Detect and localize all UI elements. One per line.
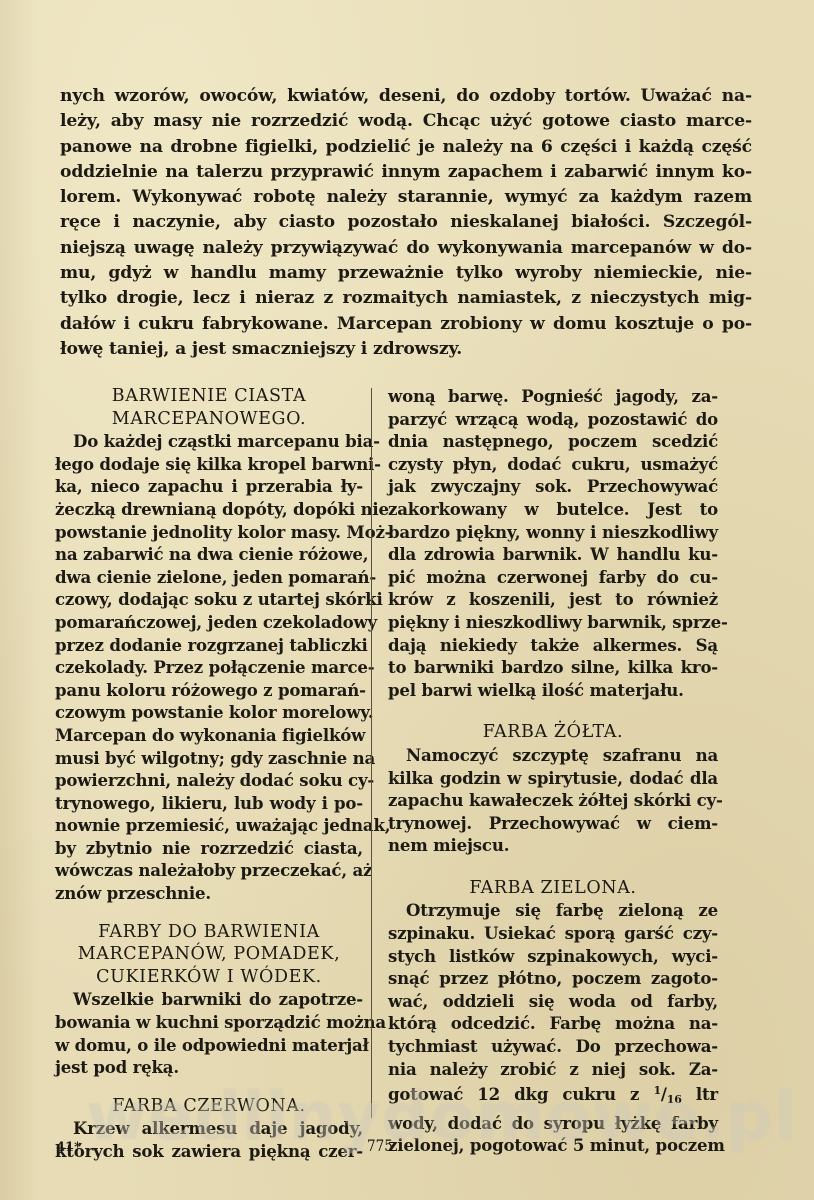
text-line: wać, oddzieli się woda od farby, <box>388 990 718 1013</box>
text-line: by zbytnio nie rozrzedzić ciasta, <box>55 837 363 860</box>
farba-czerwona-continuation: woną barwę. Pognieść jagody, za- parzyć … <box>388 385 718 701</box>
text-line: dla zdrowia barwnik. W handlu ku- <box>388 543 718 566</box>
text-line: to barwniki bardzo silne, kilka kro- <box>388 656 718 679</box>
text-line: w domu, o ile odpowiedni materjał <box>55 1034 363 1057</box>
text-line: krów z koszenili, jest to również <box>388 588 718 611</box>
text-line: których sok zawiera piękną czer- <box>55 1140 363 1163</box>
text-line: nem miejscu. <box>388 834 718 857</box>
text-line: Wszelkie barwniki do zapotrze- <box>55 988 363 1011</box>
text-line: stych listków szpinakowych, wyci- <box>388 945 718 968</box>
right-column: woną barwę. Pognieść jagody, za- parzyć … <box>388 385 718 1157</box>
text-fragment: ltr <box>682 1084 718 1104</box>
text-line: tylko drogie, lecz i nieraz z rozmaitych… <box>60 286 752 311</box>
text-line: Krzew alkermesu daje jagody, <box>55 1117 363 1140</box>
text-line: przez dodanie rozgrzanej tabliczki <box>55 634 363 657</box>
left-column: BARWIENIE CIASTA MARCEPANOWEGO. Do każde… <box>55 385 363 1163</box>
signature-mark: 41* <box>56 1140 81 1155</box>
text-line: niejszą uwagę należy przywiązywać do wyk… <box>60 236 752 261</box>
section-heading: FARBA CZERWONA. <box>55 1095 363 1118</box>
text-line: łowę taniej, a jest smaczniejszy i zdrow… <box>60 337 752 362</box>
fraction-denominator: 16 <box>667 1093 682 1106</box>
text-line: wody, dodać do syropu łyżkę farby <box>388 1112 718 1135</box>
text-line: wówczas należałoby przeczekać, aż <box>55 859 363 882</box>
section-heading: FARBA ŻÓŁTA. <box>388 721 718 744</box>
text-line: woną barwę. Pognieść jagody, za- <box>388 385 718 408</box>
text-line: ręce i naczynie, aby ciasto pozostało ni… <box>60 210 752 235</box>
text-line: Do każdej cząstki marcepanu bia- <box>55 430 363 453</box>
text-line: czysty płyn, dodać cukru, usmażyć <box>388 453 718 476</box>
section-farba-czerwona: FARBA CZERWONA. Krzew alkermesu daje jag… <box>55 1095 363 1163</box>
text-line: parzyć wrzącą wodą, pozostawić do <box>388 408 718 431</box>
text-line: czowym powstanie kolor morelowy. <box>55 701 363 724</box>
text-line: kilka godzin w spirytusie, dodać dla <box>388 767 718 790</box>
text-line: zapachu kawałeczek żółtej skórki cy- <box>388 789 718 812</box>
text-line: powierzchni, należy dodać soku cy- <box>55 769 363 792</box>
text-line: mu, gdyż w handlu mamy przeważnie tylko … <box>60 261 752 286</box>
text-line: łego dodaje się kilka kropel barwni- <box>55 453 363 476</box>
text-line: którą odcedzić. Farbę można na- <box>388 1012 718 1035</box>
text-line: dają niekiedy także alkermes. Są <box>388 634 718 657</box>
text-line: czowy, dodając soku z utartej skórki <box>55 588 363 611</box>
text-line: jak zwyczajny sok. Przechowywać <box>388 475 718 498</box>
text-line: zakorkowany w butelce. Jest to <box>388 498 718 521</box>
column-divider <box>371 388 372 1118</box>
section-heading: FARBA ZIELONA. <box>388 877 718 900</box>
section-barwienie-ciasta: BARWIENIE CIASTA MARCEPANOWEGO. Do każde… <box>55 385 363 905</box>
text-line: dwa cienie zielone, jeden pomarań- <box>55 566 363 589</box>
spacer <box>388 857 718 877</box>
text-line: nia należy zrobić z niej sok. Za- <box>388 1058 718 1081</box>
page-number: 775 <box>367 1136 393 1155</box>
text-line-fraction: gotować 12 dkg cukru z 1/16 ltr <box>388 1080 718 1112</box>
text-line: trynowej. Przechowywać w ciem- <box>388 812 718 835</box>
section-heading: FARBY DO BARWIENIA <box>55 921 363 944</box>
text-line: Namoczyć szczyptę szafranu na <box>388 744 718 767</box>
text-line: leży, aby masy nie rozrzedzić wodą. Chcą… <box>60 109 752 134</box>
section-farby-do-barwienia: FARBY DO BARWIENIA MARCEPANÓW, POMADEK, … <box>55 921 363 1079</box>
text-line: ka, nieco zapachu i przerabia ły- <box>55 475 363 498</box>
spacer <box>55 905 363 921</box>
text-line: szpinaku. Usiekać sporą garść czy- <box>388 922 718 945</box>
text-line: pomarańczowej, jeden czekoladowy <box>55 611 363 634</box>
text-line: oddzielnie na talerzu przyprawić innym z… <box>60 160 752 185</box>
text-line: piękny i nieszkodliwy barwnik, sprze- <box>388 611 718 634</box>
text-line: dnia następnego, poczem scedzić <box>388 430 718 453</box>
section-heading: MARCEPANÓW, POMADEK, <box>55 943 363 966</box>
text-line: nych wzorów, owoców, kwiatów, deseni, do… <box>60 84 752 109</box>
text-line: pić można czerwonej farby do cu- <box>388 566 718 589</box>
fraction-numerator: 1 <box>653 1084 660 1097</box>
text-line: snąć przez płótno, poczem zagoto- <box>388 967 718 990</box>
text-line: powstanie jednolity kolor masy. Moż- <box>55 521 363 544</box>
text-line: jest pod ręką. <box>55 1056 363 1079</box>
text-line: na zabarwić na dwa cienie różowe, <box>55 543 363 566</box>
text-line: bowania w kuchni sporządzić można <box>55 1011 363 1034</box>
text-line: zielonej, pogotować 5 minut, poczem <box>388 1134 718 1157</box>
text-line: Otrzymuje się farbę zieloną ze <box>388 899 718 922</box>
book-page: nych wzorów, owoców, kwiatów, deseni, do… <box>0 0 814 1200</box>
spacer <box>388 701 718 721</box>
text-line: tychmiast używać. Do przechowa- <box>388 1035 718 1058</box>
intro-paragraph: nych wzorów, owoców, kwiatów, deseni, do… <box>60 84 752 362</box>
text-line: musi być wilgotny; gdy zaschnie na <box>55 747 363 770</box>
text-fragment: gotować 12 dkg cukru z <box>388 1084 653 1104</box>
text-line: trynowego, likieru, lub wody i po- <box>55 792 363 815</box>
text-line: Marcepan do wykonania figielków <box>55 724 363 747</box>
section-heading: MARCEPANOWEGO. <box>55 408 363 431</box>
text-line: nownie przemiesić, uważając jednak, <box>55 814 363 837</box>
section-farba-zielona: FARBA ZIELONA. Otrzymuje się farbę zielo… <box>388 877 718 1157</box>
text-line: panu koloru różowego z pomarań- <box>55 679 363 702</box>
spacer <box>55 1079 363 1095</box>
text-line: pel barwi wielką ilość materjału. <box>388 679 718 702</box>
text-line: czekolady. Przez połączenie marce- <box>55 656 363 679</box>
text-line: panowe na drobne figielki, podzielić je … <box>60 135 752 160</box>
section-heading: BARWIENIE CIASTA <box>55 385 363 408</box>
section-heading: CUKIERKÓW I WÓDEK. <box>55 966 363 989</box>
text-line: żeczką drewnianą dopóty, dopóki nie <box>55 498 363 521</box>
text-line: bardzo piękny, wonny i nieszkodliwy <box>388 521 718 544</box>
section-farba-zolta: FARBA ŻÓŁTA. Namoczyć szczyptę szafranu … <box>388 721 718 857</box>
text-line: dałów i cukru fabrykowane. Marcepan zrob… <box>60 312 752 337</box>
text-line: znów przeschnie. <box>55 882 363 905</box>
text-line: lorem. Wykonywać robotę należy starannie… <box>60 185 752 210</box>
